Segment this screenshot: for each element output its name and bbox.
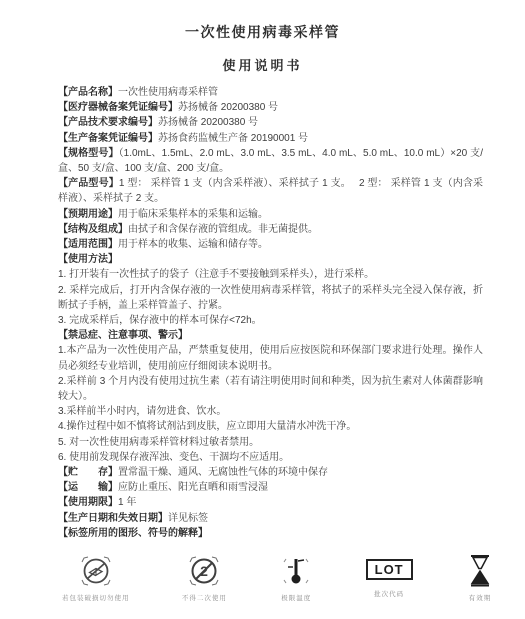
field-label: 【医疗器械备案凭证编号】: [58, 102, 178, 113]
field-text: 1. 打开装有一次性拭子的袋子（注意手不要接触到采样头），进行采样。: [58, 269, 374, 280]
symbol-label: 有效期: [469, 593, 492, 602]
page-title: 一次性使用病毒采样管: [0, 22, 525, 42]
doc-line: 【禁忌症、注意事项、警示】: [58, 328, 483, 343]
field-text: 苏扬食药监械生产备 20190001 号: [158, 133, 308, 144]
field-text: 应防止重压、阳光直晒和雨雪浸湿: [118, 482, 268, 493]
symbol-package-damaged: 若包装破损切勿使用: [62, 553, 130, 602]
field-text: 4.操作过程中如不慎将试剂沾到皮肤，应立即用大量清水冲洗干净。: [58, 421, 356, 432]
field-text: 用于样本的收集、运输和储存等。: [118, 239, 268, 250]
doc-line: 【医疗器械备案凭证编号】苏扬械备 20200380 号: [58, 100, 483, 115]
symbol-lot: LOT 批次代码: [366, 553, 413, 598]
field-text: 3. 完成采样后，保存液中的样本可保存<72h。: [58, 315, 262, 326]
instruction-sheet: 一次性使用病毒采样管 使用说明书 【产品名称】一次性使用病毒采样管 【医疗器械备…: [0, 0, 525, 619]
field-text: 一次性使用病毒采样管: [118, 87, 218, 98]
symbol-label: 极限温度: [281, 593, 311, 602]
doc-line: 6. 使用前发现保存液浑浊、变色、干涸均不应适用。: [58, 450, 483, 465]
symbol-legend: 若包装破损切勿使用 2 不得二次使用: [0, 541, 525, 602]
doc-line: 【规格型号】（1.0mL、1.5mL、2.0 mL、3.0 mL、3.5 mL、…: [58, 146, 483, 176]
doc-line: 【贮 存】置常温干燥、通风、无腐蚀性气体的环境中保存: [58, 465, 483, 480]
field-text: 3.采样前半小时内，请勿进食、饮水。: [58, 406, 226, 417]
field-text: （1.0mL、1.5mL、2.0 mL、3.0 mL、3.5 mL、4.0 mL…: [58, 148, 483, 174]
doc-line: 【生产日期和失效日期】详见标签: [58, 511, 483, 526]
symbol-no-reuse: 2 不得二次使用: [182, 553, 227, 602]
symbol-label: 若包装破损切勿使用: [62, 593, 130, 602]
field-text: 置常温干燥、通风、无腐蚀性气体的环境中保存: [118, 467, 328, 478]
doc-line: 2.采样前 3 个月内没有使用过抗生素（若有请注明使用时间和种类，因为抗生素对人…: [58, 374, 483, 404]
field-text: 1 年: [118, 497, 136, 508]
doc-line: 4.操作过程中如不慎将试剂沾到皮肤，应立即用大量清水冲洗干净。: [58, 419, 483, 434]
temperature-limit-icon: [279, 553, 313, 589]
field-label: 【使用方法】: [58, 254, 118, 265]
doc-line: 【结构及组成】由拭子和含保存液的管组成。非无菌提供。: [58, 222, 483, 237]
doc-line: 【产品技术要求编号】苏扬械备 20200380 号: [58, 115, 483, 130]
doc-line: 【使用方法】: [58, 252, 483, 267]
doc-line: 1.本产品为一次性使用产品，严禁重复使用，使用后应按医院和环保部门要求进行处理。…: [58, 343, 483, 373]
doc-line: 【预期用途】用于临床采集样本的采集和运输。: [58, 207, 483, 222]
no-reuse-icon: 2: [186, 553, 222, 589]
doc-line: 1. 打开装有一次性拭子的袋子（注意手不要接触到采样头），进行采样。: [58, 267, 483, 282]
symbol-label: 不得二次使用: [182, 593, 227, 602]
field-text: 详见标签: [168, 513, 208, 524]
field-text: 1.本产品为一次性使用产品，严禁重复使用，使用后应按医院和环保部门要求进行处理。…: [58, 345, 483, 371]
field-text: 2. 采样完成后，打开内含保存液的一次性使用病毒采样管，将拭子的采样头完全浸入保…: [58, 285, 483, 311]
field-label: 【产品型号】: [58, 178, 119, 189]
field-label: 【预期用途】: [58, 209, 118, 220]
field-label: 【规格型号】: [58, 148, 119, 159]
symbol-label: 批次代码: [374, 589, 404, 598]
doc-line: 【适用范围】用于样本的收集、运输和储存等。: [58, 237, 483, 252]
doc-line: 3.采样前半小时内，请勿进食、饮水。: [58, 404, 483, 419]
field-text: 由拭子和含保存液的管组成。非无菌提供。: [128, 224, 318, 235]
hourglass-icon: [465, 553, 495, 589]
field-label: 【标签所用的图形、符号的解释】: [58, 528, 208, 539]
field-text: 苏扬械备 20200380 号: [178, 102, 278, 113]
field-text: 2.采样前 3 个月内没有使用过抗生素（若有请注明使用时间和种类，因为抗生素对人…: [58, 376, 483, 402]
title-block: 一次性使用病毒采样管 使用说明书: [0, 0, 525, 74]
doc-line: 2. 采样完成后，打开内含保存液的一次性使用病毒采样管，将拭子的采样头完全浸入保…: [58, 283, 483, 313]
field-label: 【产品名称】: [58, 87, 118, 98]
doc-line: 【产品型号】1 型： 采样管 1 支（内含采样液）、采样拭子 1 支。 2 型：…: [58, 176, 483, 206]
document-body: 【产品名称】一次性使用病毒采样管 【医疗器械备案凭证编号】苏扬械备 202003…: [0, 74, 525, 541]
field-text: 6. 使用前发现保存液浑浊、变色、干涸均不应适用。: [58, 452, 289, 463]
field-label: 【生产日期和失效日期】: [58, 513, 168, 524]
symbol-temperature-limit: 极限温度: [279, 553, 313, 602]
field-text: 苏扬械备 20200380 号: [158, 117, 258, 128]
page-subtitle: 使用说明书: [0, 55, 525, 74]
field-text: 5. 对一次性使用病毒采样管材料过敏者禁用。: [58, 437, 259, 448]
field-text: 1 型： 采样管 1 支（内含采样液）、采样拭子 1 支。 2 型： 采样管 1…: [58, 178, 483, 204]
doc-line: 5. 对一次性使用病毒采样管材料过敏者禁用。: [58, 435, 483, 450]
field-label: 【适用范围】: [58, 239, 118, 250]
doc-line: 3. 完成采样后，保存液中的样本可保存<72h。: [58, 313, 483, 328]
doc-line: 【生产备案凭证编号】苏扬食药监械生产备 20190001 号: [58, 131, 483, 146]
field-label: 【生产备案凭证编号】: [58, 133, 158, 144]
symbol-expiry: 有效期: [465, 553, 495, 602]
field-text: 用于临床采集样本的采集和运输。: [118, 209, 268, 220]
field-label: 【结构及组成】: [58, 224, 128, 235]
package-damaged-icon: [78, 553, 114, 589]
field-label: 【产品技术要求编号】: [58, 117, 158, 128]
field-label: 【贮 存】: [58, 467, 118, 478]
field-label: 【运 输】: [58, 482, 118, 493]
doc-line: 【产品名称】一次性使用病毒采样管: [58, 85, 483, 100]
doc-line: 【运 输】应防止重压、阳光直晒和雨雪浸湿: [58, 480, 483, 495]
field-label: 【使用期限】: [58, 497, 118, 508]
doc-line: 【使用期限】1 年: [58, 495, 483, 510]
doc-line: 【标签所用的图形、符号的解释】: [58, 526, 483, 541]
field-label: 【禁忌症、注意事项、警示】: [58, 330, 188, 341]
lot-icon: LOT: [366, 559, 413, 580]
